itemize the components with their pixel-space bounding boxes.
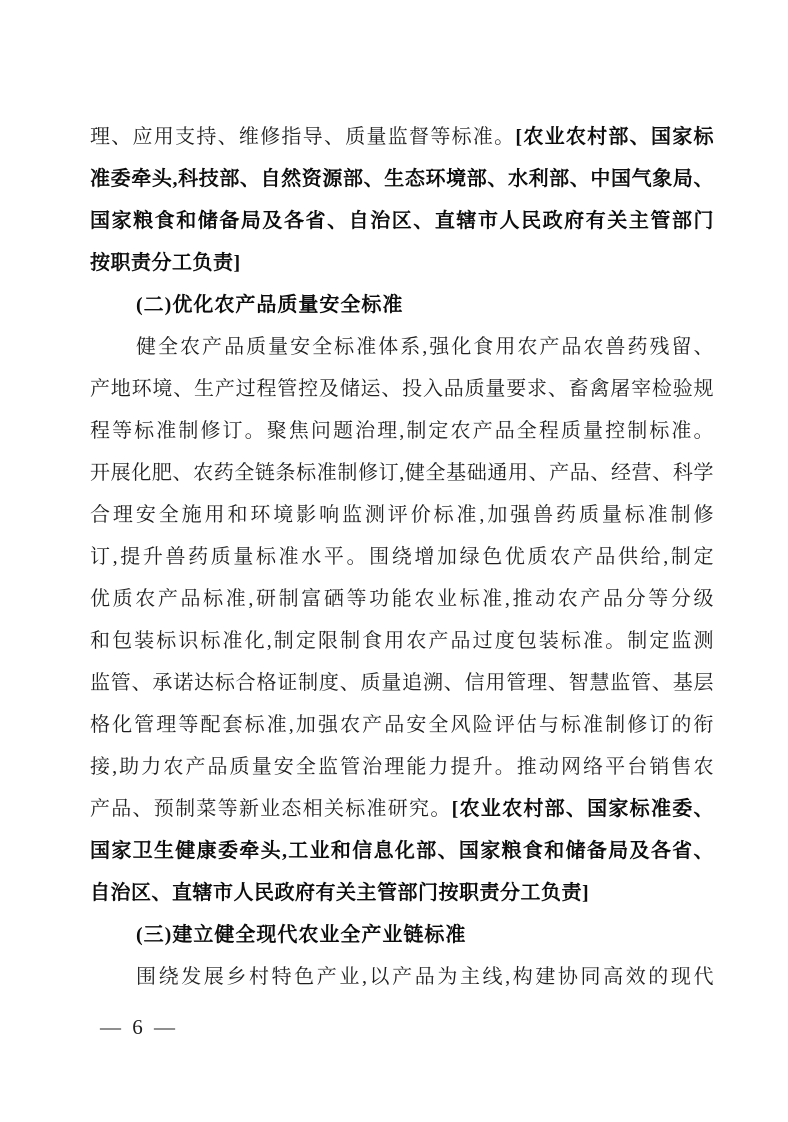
text-line: 理、应用支持、维修指导、质量监督等标准。[农业农村部、国家标: [90, 116, 714, 158]
section-heading: (二)优化农产品质量安全标准: [90, 284, 714, 326]
text-segment: 格化管理等配套标准,加强农产品安全风险评估与标准制修订的衔: [90, 714, 714, 736]
text-line: 按职责分工负责]: [90, 242, 714, 284]
text-line: 格化管理等配套标准,加强农产品安全风险评估与标准制修订的衔: [90, 704, 714, 746]
text-line: 准委牵头,科技部、自然资源部、生态环境部、水利部、中国气象局、: [90, 158, 714, 200]
text-line: 国家卫生健康委牵头,工业和信息化部、国家粮食和储备局及各省、: [90, 830, 714, 872]
bold-text-segment: [农业农村部、国家标: [515, 126, 714, 148]
bold-text-segment: (二)优化农产品质量安全标准: [136, 294, 403, 316]
text-segment: 合理安全施用和环境影响监测评价标准,加强兽药质量标准制修: [90, 504, 714, 526]
text-line: 监管、承诺达标合格证制度、质量追溯、信用管理、智慧监管、基层网: [90, 662, 714, 704]
text-segment: 产地环境、生产过程管控及储运、投入品质量要求、畜禽屠宰检验规: [90, 378, 714, 400]
text-line: 接,助力农产品质量安全监管治理能力提升。推动网络平台销售农: [90, 746, 714, 788]
bold-text-segment: 按职责分工负责]: [90, 252, 241, 274]
bold-text-segment: 准委牵头,科技部、自然资源部、生态环境部、水利部、中国气象局、: [90, 168, 714, 190]
bold-text-segment: (三)建立健全现代农业全产业链标准: [136, 924, 466, 946]
text-segment: 产品、预制菜等新业态相关标准研究。: [90, 798, 452, 820]
text-line: 围绕发展乡村特色产业,以产品为主线,构建协同高效的现代: [90, 956, 714, 998]
section-heading: (三)建立健全现代农业全产业链标准: [90, 914, 714, 956]
text-line: 健全农产品质量安全标准体系,强化食用农产品农兽药残留、: [90, 326, 714, 368]
text-line: 产地环境、生产过程管控及储运、投入品质量要求、畜禽屠宰检验规: [90, 368, 714, 410]
text-line: 自治区、直辖市人民政府有关主管部门按职责分工负责]: [90, 872, 714, 914]
text-segment: 健全农产品质量安全标准体系,强化食用农产品农兽药残留、: [136, 336, 714, 358]
document-page: 理、应用支持、维修指导、质量监督等标准。[农业农村部、国家标准委牵头,科技部、自…: [0, 0, 788, 1122]
text-segment: 程等标准制修订。聚焦问题治理,制定农产品全程质量控制标准。: [90, 420, 714, 442]
text-segment: 优质农产品标准,研制富硒等功能农业标准,推动农产品分等分级: [90, 588, 714, 610]
text-line: 订,提升兽药质量标准水平。围绕增加绿色优质农产品供给,制定: [90, 536, 714, 578]
document-body: 理、应用支持、维修指导、质量监督等标准。[农业农村部、国家标准委牵头,科技部、自…: [90, 116, 714, 998]
text-segment: 开展化肥、农药全链条标准制修订,健全基础通用、产品、经营、科学: [90, 462, 714, 484]
text-segment: 围绕发展乡村特色产业,以产品为主线,构建协同高效的现代: [136, 966, 714, 988]
text-segment: 理、应用支持、维修指导、质量监督等标准。: [90, 126, 515, 148]
text-line: 国家粮食和储备局及各省、自治区、直辖市人民政府有关主管部门: [90, 200, 714, 242]
page-number-footer: — 6 —: [100, 1012, 178, 1042]
text-line: 程等标准制修订。聚焦问题治理,制定农产品全程质量控制标准。: [90, 410, 714, 452]
text-line: 合理安全施用和环境影响监测评价标准,加强兽药质量标准制修: [90, 494, 714, 536]
bold-text-segment: 国家粮食和储备局及各省、自治区、直辖市人民政府有关主管部门: [90, 210, 714, 232]
text-line: 优质农产品标准,研制富硒等功能农业标准,推动农产品分等分级: [90, 578, 714, 620]
text-segment: 和包装标识标准化,制定限制食用农产品过度包装标准。制定监测: [90, 630, 714, 652]
text-line: 开展化肥、农药全链条标准制修订,健全基础通用、产品、经营、科学: [90, 452, 714, 494]
text-line: 和包装标识标准化,制定限制食用农产品过度包装标准。制定监测: [90, 620, 714, 662]
text-line: 产品、预制菜等新业态相关标准研究。[农业农村部、国家标准委、: [90, 788, 714, 830]
text-segment: 接,助力农产品质量安全监管治理能力提升。推动网络平台销售农: [90, 756, 714, 778]
bold-text-segment: 国家卫生健康委牵头,工业和信息化部、国家粮食和储备局及各省、: [90, 840, 714, 862]
text-segment: 订,提升兽药质量标准水平。围绕增加绿色优质农产品供给,制定: [90, 546, 714, 568]
text-segment: 监管、承诺达标合格证制度、质量追溯、信用管理、智慧监管、基层网: [90, 672, 714, 704]
bold-text-segment: [农业农村部、国家标准委、: [452, 798, 714, 820]
bold-text-segment: 自治区、直辖市人民政府有关主管部门按职责分工负责]: [90, 882, 589, 904]
